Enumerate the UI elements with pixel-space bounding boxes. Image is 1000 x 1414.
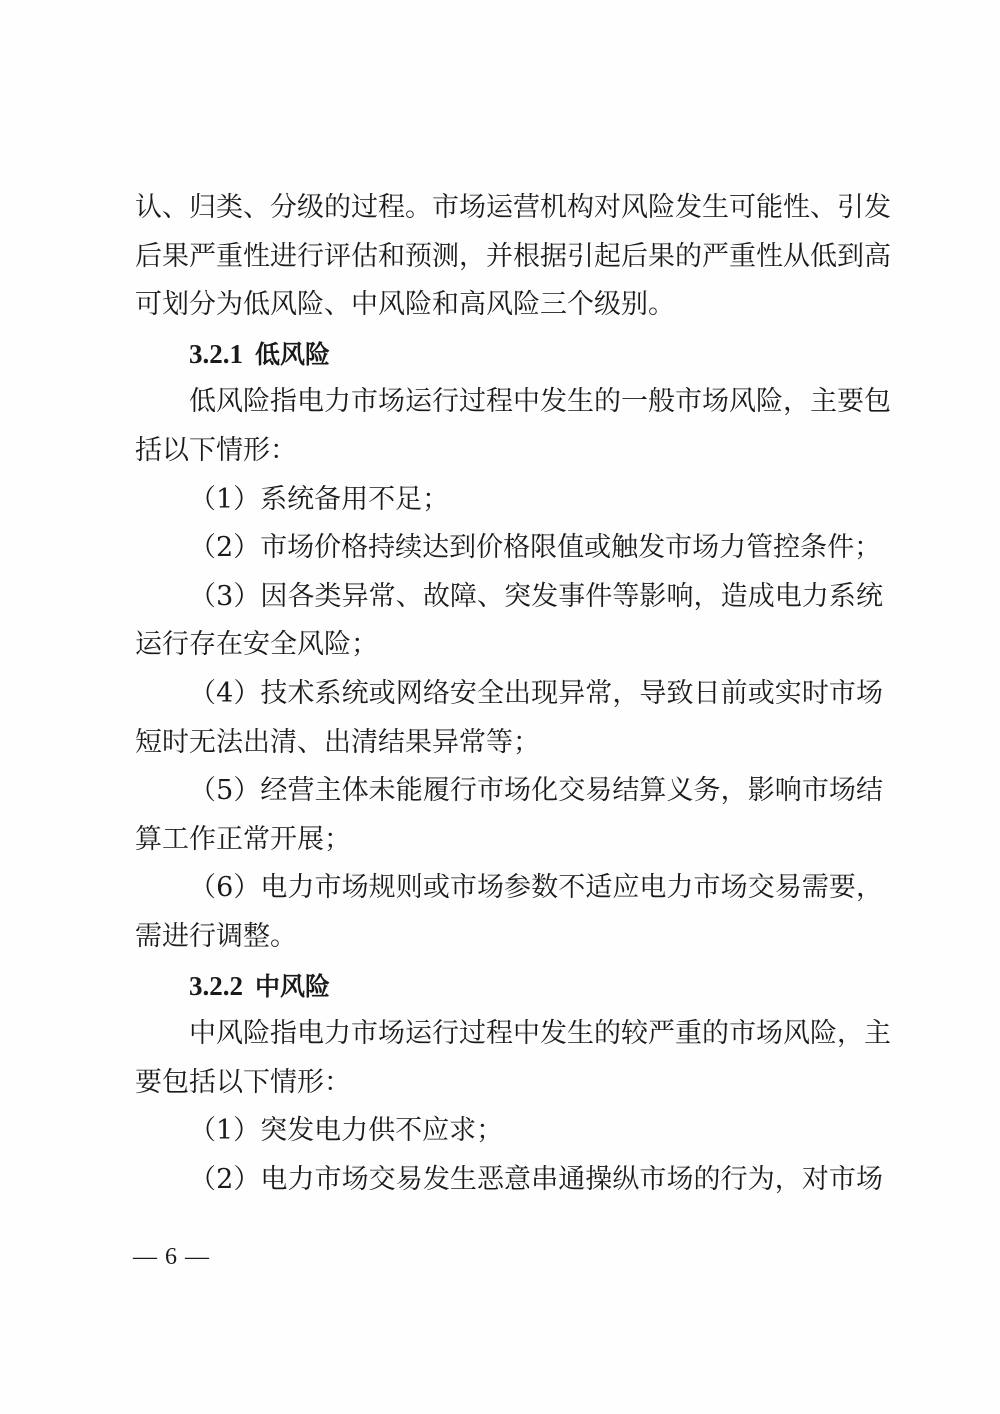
paragraph-line: 括以下情形： bbox=[135, 427, 883, 476]
list-item: （5）经营主体未能履行市场化交易结算义务，影响市场结 bbox=[135, 767, 883, 816]
page-number: — 6 — bbox=[133, 1244, 210, 1271]
list-item: （4）技术系统或网络安全出现异常，导致日前或实时市场 bbox=[135, 670, 883, 719]
paragraph-line: 低风险指电力市场运行过程中发生的一般市场风险，主要包 bbox=[135, 378, 883, 427]
list-item: （2）电力市场交易发生恶意串通操纵市场的行为，对市场 bbox=[135, 1156, 883, 1205]
list-item-continuation: 需进行调整。 bbox=[135, 913, 883, 962]
section-number: 3.2.2 bbox=[189, 971, 243, 1001]
document-page: 认、归类、分级的过程。市场运营机构对风险发生可能性、引发 后果严重性进行评估和预… bbox=[0, 0, 1000, 1414]
section-title: 中风险 bbox=[255, 972, 330, 1001]
section-title: 低风险 bbox=[255, 340, 330, 369]
section-heading-3-2-1: 3.2.1低风险 bbox=[135, 330, 883, 379]
list-item: （1）系统备用不足； bbox=[135, 476, 883, 525]
list-item: （1）突发电力供不应求； bbox=[135, 1107, 883, 1156]
paragraph-line: 可划分为低风险、中风险和高风险三个级别。 bbox=[135, 281, 883, 330]
paragraph-line: 后果严重性进行评估和预测，并根据引起后果的严重性从低到高 bbox=[135, 233, 883, 282]
paragraph-line: 要包括以下情形： bbox=[135, 1059, 883, 1108]
list-item-continuation: 算工作正常开展； bbox=[135, 816, 883, 865]
paragraph-line: 中风险指电力市场运行过程中发生的较严重的市场风险，主 bbox=[135, 1010, 883, 1059]
list-item: （2）市场价格持续达到价格限值或触发市场力管控条件； bbox=[135, 524, 883, 573]
section-number: 3.2.1 bbox=[189, 339, 243, 369]
list-item: （3）因各类异常、故障、突发事件等影响，造成电力系统 bbox=[135, 573, 883, 622]
section-heading-3-2-2: 3.2.2中风险 bbox=[135, 962, 883, 1011]
list-item-continuation: 短时无法出清、出清结果异常等； bbox=[135, 719, 883, 768]
paragraph-line: 认、归类、分级的过程。市场运营机构对风险发生可能性、引发 bbox=[135, 184, 883, 233]
list-item: （6）电力市场规则或市场参数不适应电力市场交易需要， bbox=[135, 864, 883, 913]
body-text: 认、归类、分级的过程。市场运营机构对风险发生可能性、引发 后果严重性进行评估和预… bbox=[135, 184, 883, 1204]
list-item-continuation: 运行存在安全风险； bbox=[135, 621, 883, 670]
